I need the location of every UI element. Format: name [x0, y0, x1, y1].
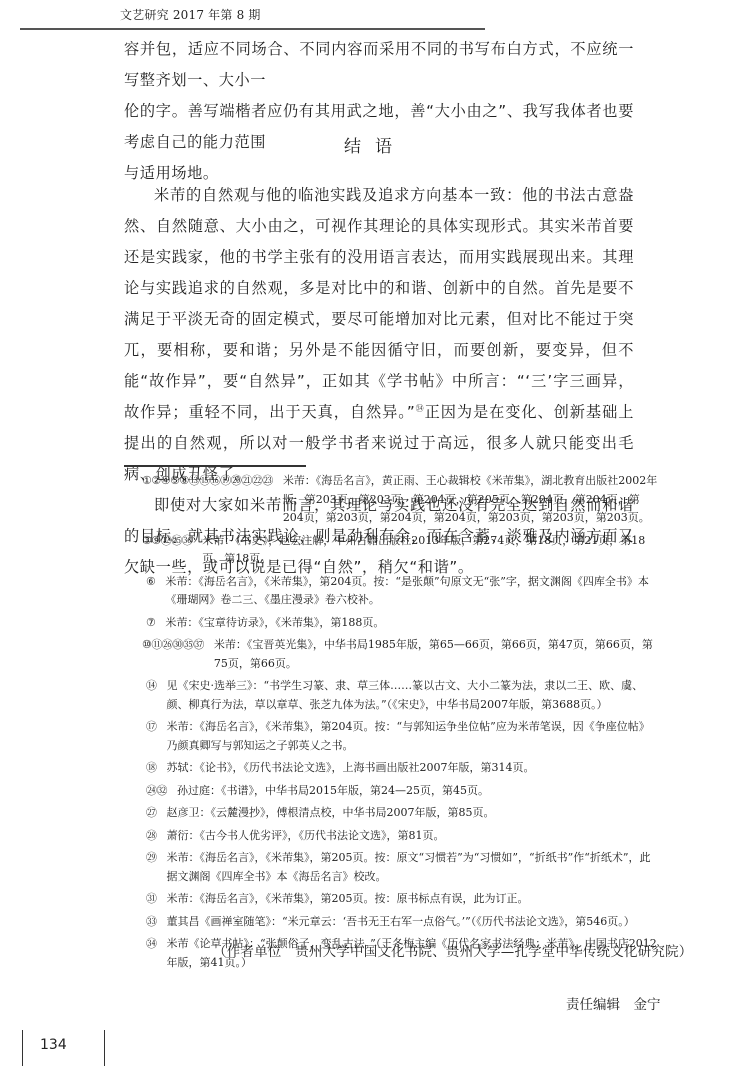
footnote-mark: ⑰: [146, 718, 167, 755]
footnote-text: 苏轼：《论书》，《历代书法论文选》，上海书画出版社2007年版，第314页。: [167, 759, 659, 778]
footnote-text: 米芾：《海岳名言》，《米芾集》，第205页。按：原书标点有误，此为订正。: [167, 890, 659, 909]
footnote-mark: ①②④⑤⑧⑬⑮⑯⑲⑳㉑㉒㉓: [142, 472, 283, 528]
paragraph-text: 米芾的自然观与他的临池实践及追求方向基本一致：他的书法古意盎然、自然随意、大小由…: [124, 186, 634, 421]
footnote: ㉙米芾：《海岳名言》，《米芾集》，第205页。按：原文“习惯若”为“习惯如”，“…: [146, 849, 658, 886]
footnote-text: 萧衍：《古今书人优劣评》，《历代书法论文选》，第81页。: [167, 827, 659, 846]
footnote-rule: [124, 465, 306, 467]
page-number-bar-left: [22, 1030, 23, 1066]
footnote-text: 董其昌《画禅室随笔》：“米元章云：‘吾书无王右军一点俗气。’”（《历代书法论文选…: [167, 913, 659, 932]
footnote-mark: ⑦: [146, 614, 165, 633]
footnote: ⑰米芾：《海岳名言》，《米芾集》，第204页。按：“与郭知运争坐位帖”应为米芾笔…: [146, 718, 658, 755]
footnote: ⑥米芾：《海岳名言》，《米芾集》，第204页。按：“是张颠”句原文无“张”字，据…: [146, 573, 658, 610]
footnote-mark: ⑥: [146, 573, 165, 610]
footnote-mark: ⑩⑪㉖㉚㉟㊲: [142, 636, 214, 673]
footnote: ①②④⑤⑧⑬⑮⑯⑲⑳㉑㉒㉓米芾：《海岳名言》，黄正雨、王心裁辑校《米芾集》，湖北…: [142, 472, 658, 528]
footnote-mark: ㉞: [146, 935, 167, 972]
footnote: ㉝董其昌《画禅室随笔》：“米元章云：‘吾书无王右军一点俗气。’”（《历代书法论文…: [146, 913, 658, 932]
footnote: ㉘萧衍：《古今书人优劣评》，《历代书法论文选》，第81页。: [146, 827, 658, 846]
text-line: 容并包，适应不同场合、不同内容而采用不同的书写布白方式，不应统一写整齐划一、大小…: [124, 34, 634, 96]
footnotes: ①②④⑤⑧⑬⑮⑯⑲⑳㉑㉒㉓米芾：《海岳名言》，黄正雨、王心裁辑校《米芾集》，湖北…: [146, 472, 658, 976]
footnote: ⑦米芾：《宝章待访录》，《米芾集》，第188页。: [146, 614, 658, 633]
header-rule: [20, 28, 485, 30]
page-number-bar-right: [104, 1030, 105, 1066]
footnote-text: 赵彦卫：《云麓漫抄》，傅根清点校，中华书局2007年版，第85页。: [167, 804, 659, 823]
footnote: ㉛米芾：《海岳名言》，《米芾集》，第205页。按：原书标点有误，此为订正。: [146, 890, 658, 909]
footnote-text: 见《宋史·选举三》：“书学生习篆、隶、草三体……篆以古文、大小二篆为法，隶以二王…: [167, 677, 659, 714]
footnote: ③⑨⑫㉕㊱米芾：《书史》，赵宏注解，中州古籍出版社2013年版，第274页，第1…: [142, 532, 658, 569]
footnote-text: 米芾：《宝晋英光集》，中华书局1985年版，第65—66页，第66页，第47页，…: [214, 636, 658, 673]
page-number: 134: [40, 1037, 67, 1053]
footnote-mark: ③⑨⑫㉕㊱: [142, 532, 202, 569]
footnote-text: 米芾：《海岳名言》，《米芾集》，第204页。按：“是张颠”句原文无“张”字，据文…: [165, 573, 658, 610]
footnote-mark: ㉙: [146, 849, 167, 886]
footnote-text: 米芾：《海岳名言》，《米芾集》，第204页。按：“与郭知运争坐位帖”应为米芾笔误…: [167, 718, 659, 755]
footnote: ⑭见《宋史·选举三》：“书学生习篆、隶、草三体……篆以古文、大小二篆为法，隶以二…: [146, 677, 658, 714]
footnote-mark: ㉛: [146, 890, 167, 909]
footnote-mark: ㉔㉜: [146, 782, 177, 801]
footnote-ref[interactable]: ㉞: [415, 404, 424, 413]
footnote-text: 米芾：《书史》，赵宏注解，中州古籍出版社2013年版，第274页，第18页，第2…: [202, 532, 658, 569]
author-affiliation: （作者单位 贵州大学中国文化书院、贵州大学—孔学堂中华传统文化研究院）: [213, 940, 693, 960]
section-title: 结语: [0, 132, 750, 157]
footnote: ⑱苏轼：《论书》，《历代书法论文选》，上海书画出版社2007年版，第314页。: [146, 759, 658, 778]
footnote: ⑩⑪㉖㉚㉟㊲米芾：《宝晋英光集》，中华书局1985年版，第65—66页，第66页…: [142, 636, 658, 673]
footnote-mark: ㉘: [146, 827, 167, 846]
continuation-text: 容并包，适应不同场合、不同内容而采用不同的书写布白方式，不应统一写整齐划一、大小…: [124, 34, 634, 189]
footnote-mark: ㉝: [146, 913, 167, 932]
responsible-editor: 责任编辑 金宁: [566, 993, 661, 1013]
footnote-text: 米芾：《宝章待访录》，《米芾集》，第188页。: [165, 614, 658, 633]
footnote: ㉔㉜孙过庭：《书谱》，中华书局2015年版，第24—25页，第45页。: [146, 782, 658, 801]
running-head: 文艺研究 2017 年第 8 期: [120, 6, 261, 23]
footnote-mark: ⑱: [146, 759, 167, 778]
footnote-text: 米芾：《海岳名言》，《米芾集》，第205页。按：原文“习惯若”为“习惯如”，“折…: [167, 849, 659, 886]
footnote-text: 米芾：《海岳名言》，黄正雨、王心裁辑校《米芾集》，湖北教育出版社2002年版，第…: [283, 472, 658, 528]
footnote-mark: ㉗: [146, 804, 167, 823]
footnote-mark: ⑭: [146, 677, 167, 714]
footnote: ㉗赵彦卫：《云麓漫抄》，傅根清点校，中华书局2007年版，第85页。: [146, 804, 658, 823]
paragraph: 米芾的自然观与他的临池实践及追求方向基本一致：他的书法古意盎然、自然随意、大小由…: [124, 180, 634, 490]
footnote-text: 孙过庭：《书谱》，中华书局2015年版，第24—25页，第45页。: [177, 782, 658, 801]
